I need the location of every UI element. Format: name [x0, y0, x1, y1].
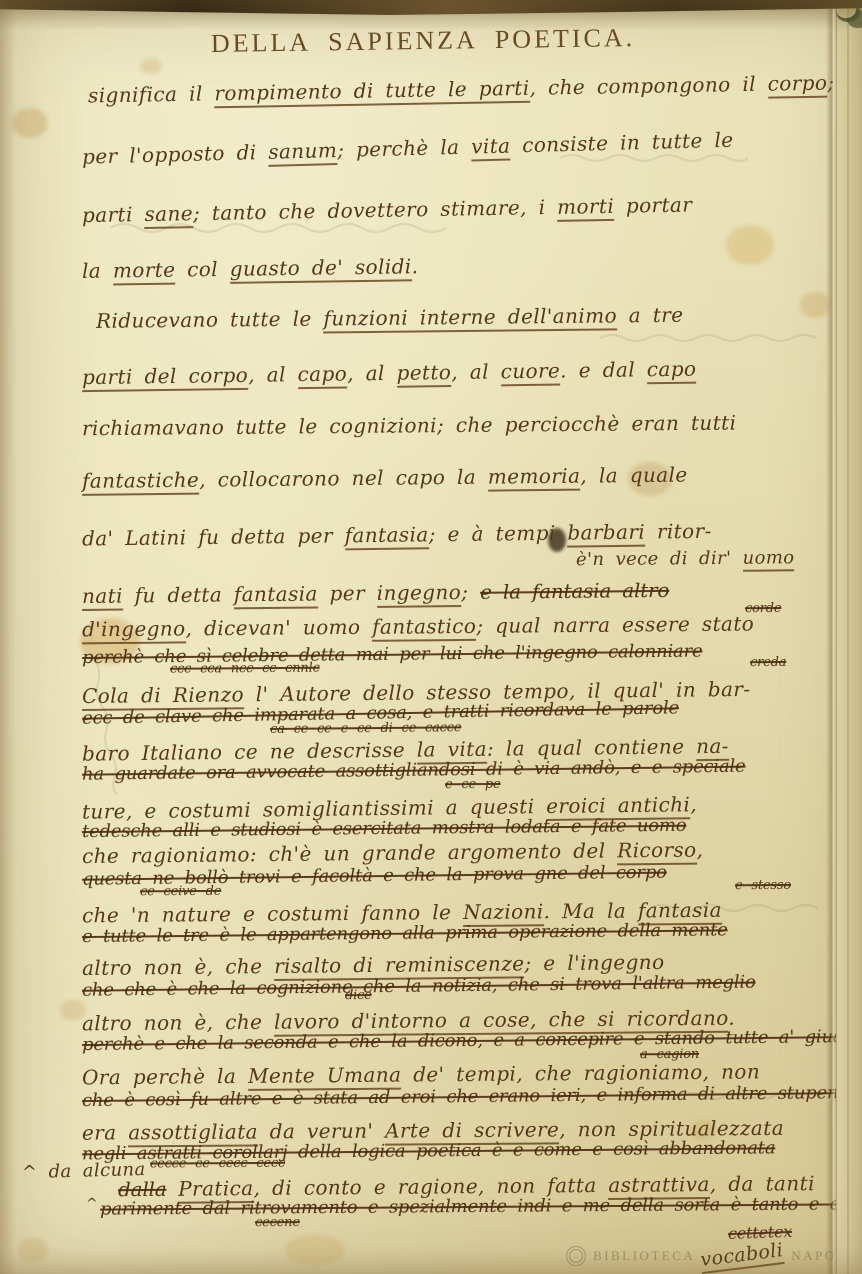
manuscript-line-22: e ce pe — [445, 777, 545, 793]
manuscript-line-28: e stesso — [735, 878, 840, 894]
manuscript-line-10: è'n vece di dir' uomo — [576, 547, 851, 570]
manuscript-line-16: creda — [750, 655, 820, 670]
bottom-edge-shade — [0, 1248, 862, 1274]
manuscript-line-13: d'ingegno, dicevan' uomo fantastico; qua… — [82, 611, 847, 642]
manuscript-line-3: parti sane; tanto che dovettero stimare,… — [82, 191, 782, 227]
manuscript-line-45: parimente dal ritrovamento e spezialment… — [100, 1193, 845, 1219]
manuscript-page-scan: DELLA SAPIENZA POETICA. significa il rom… — [0, 0, 862, 1274]
next-page-edge — [836, 0, 862, 1274]
manuscript-line-19: ca ce ce e ce di ce cacce — [270, 720, 495, 737]
headband-specks — [836, 2, 856, 18]
manuscript-line-5: Riducevano tutte le funzioni interne del… — [96, 301, 826, 333]
manuscript-line-33: dice — [345, 988, 420, 1003]
page-crease-right — [826, 0, 836, 1274]
manuscript-line-7: richiamavano tutte le cognizioni; che pe… — [82, 410, 824, 440]
manuscript-line-11: nati fu detta fantasia per ingegno; e la… — [82, 576, 842, 608]
page-gutter-left — [0, 0, 16, 1274]
manuscript-line-9: da' Latini fu detta per fantasia; e à te… — [82, 517, 824, 550]
manuscript-line-8: fantastiche, collocarono nel capo la mem… — [82, 461, 824, 493]
manuscript-line-15: ccc cca ncc cc cnnlc — [170, 660, 390, 677]
manuscript-line-1: significa il rompimento di tutte le part… — [88, 71, 830, 108]
manuscript-line-4: la morte col guasto de' solidi. — [82, 249, 782, 283]
manuscript-line-2: per l'opposto di sanum; perchè la vita c… — [82, 125, 824, 168]
next-page-fold-line — [847, 0, 849, 1274]
manuscript-line-27: ce ceive de — [140, 884, 270, 900]
manuscript-line-46: cecene — [255, 1215, 365, 1231]
manuscript-text-block: significa il rompimento di tutte le part… — [0, 0, 862, 1274]
manuscript-line-6: parti del corpo, al capo, al petto, al c… — [82, 355, 824, 389]
